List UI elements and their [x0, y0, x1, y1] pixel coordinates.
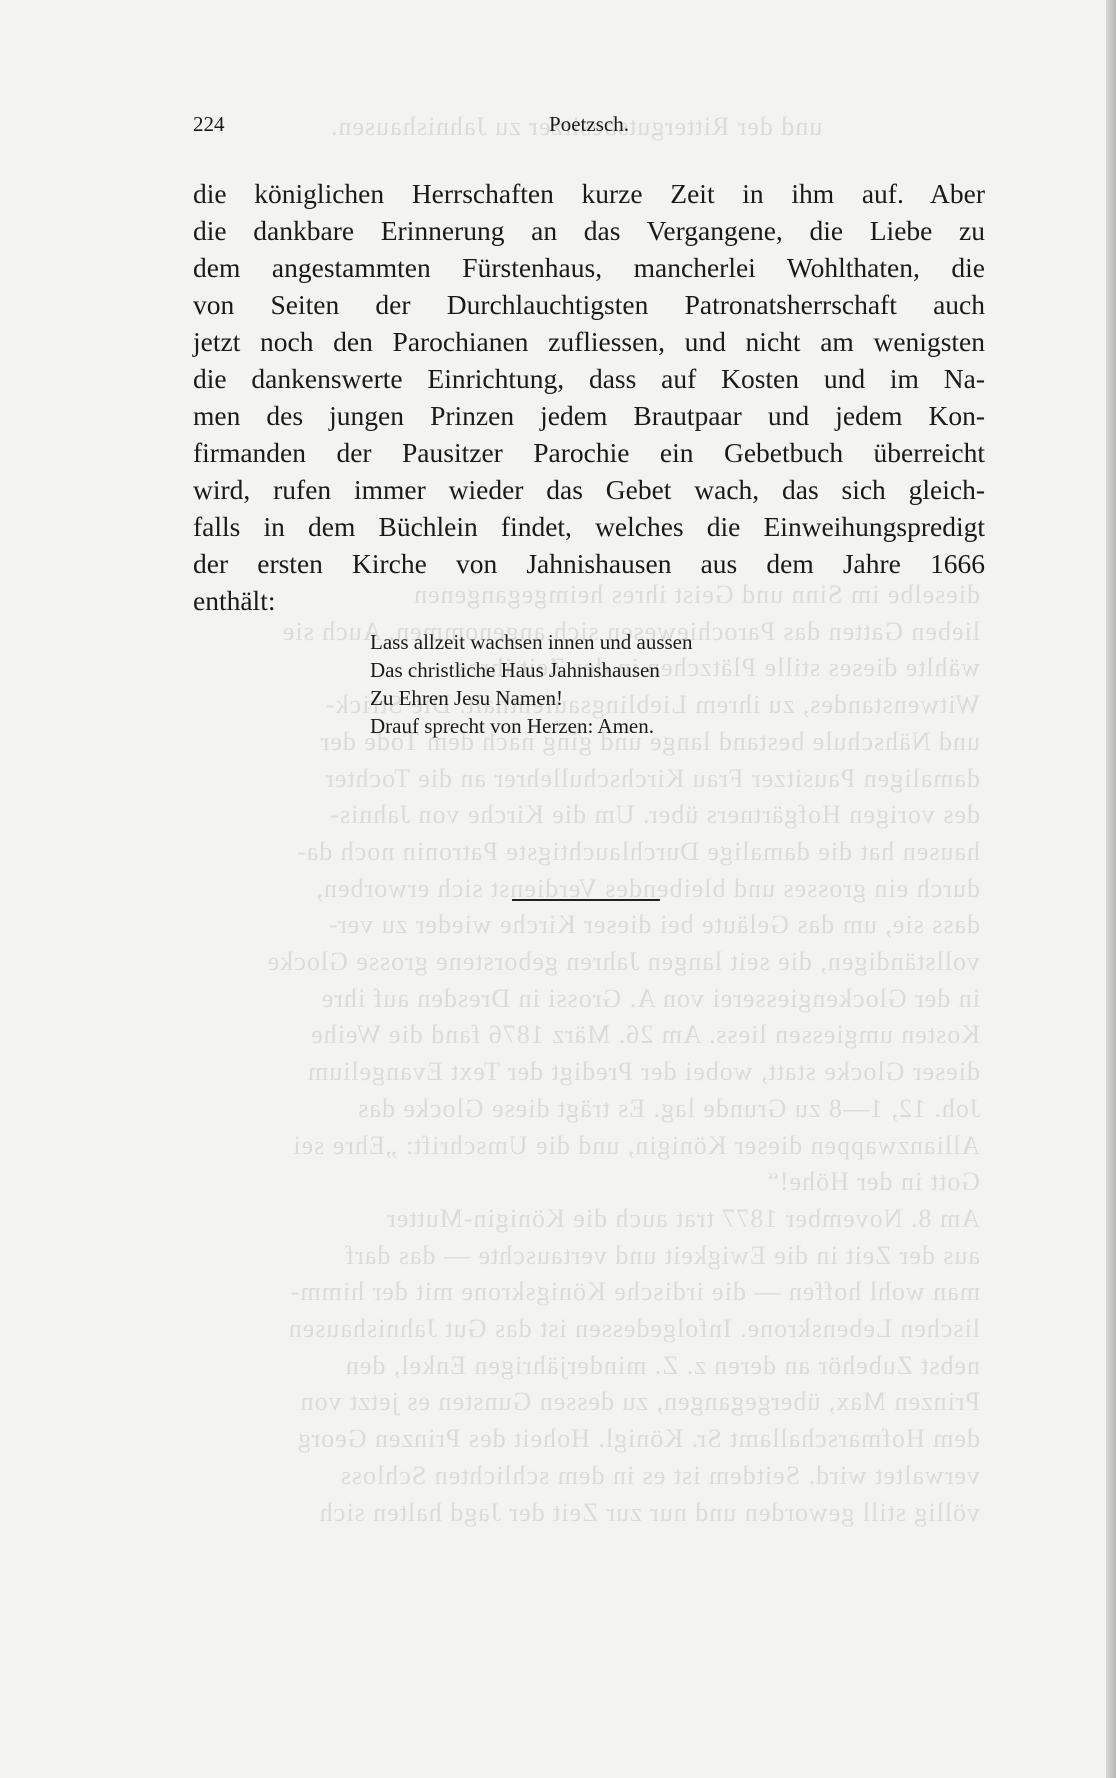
show-through-line: in der Glockengiesserei von A. Grossi in…	[210, 984, 980, 1014]
poem-line: Lass allzeit wachsen innen und aussen	[370, 628, 693, 656]
body-line: die dankbare Erinnerung an das Vergangen…	[193, 212, 985, 249]
show-through-line: Gott in der Höhe!“	[210, 1167, 980, 1197]
body-line: firmanden der Pausitzer Parochie ein Geb…	[193, 434, 985, 471]
show-through-line: Prinzen Max, übergegangen, zu dessen Gun…	[210, 1387, 980, 1417]
show-through-line: dass sie, um das Geläute bei dieser Kirc…	[210, 910, 980, 940]
page-edge-shadow	[1106, 0, 1116, 1778]
poem-line: Drauf sprecht von Herzen: Amen.	[370, 712, 693, 740]
show-through-line: Joh. 12, 1—8 zu Grunde lag. Es trägt die…	[210, 1094, 980, 1124]
body-line: von Seiten der Durchlauchtigsten Patrona…	[193, 286, 985, 323]
show-through-line: verwaltet wird. Seitdem ist es in dem sc…	[210, 1461, 980, 1491]
body-line: wird, rufen immer wieder das Gebet wach,…	[193, 471, 985, 508]
show-through-line: dem Hofmarschallamt Sr. Königl. Hoheit d…	[210, 1424, 980, 1454]
show-through-line: dieser Glocke statt, wobei der Predigt d…	[210, 1057, 980, 1087]
show-through-line: Allianzwappen dieser Königin, und die Um…	[210, 1131, 980, 1161]
show-through-line: Am 8. November 1877 trat auch die Königi…	[210, 1204, 980, 1234]
body-line: enthält:	[193, 582, 985, 619]
poem-quote: Lass allzeit wachsen innen und aussen Da…	[370, 628, 693, 740]
show-through-line: hausen hat die damalige Durchlauchtigste…	[210, 837, 980, 867]
running-head: Poetzsch.	[193, 112, 985, 137]
show-through-line: man wohl hoffen — die irdische Königskro…	[210, 1277, 980, 1307]
body-line: men des jungen Prinzen jedem Brautpaar u…	[193, 397, 985, 434]
section-end-rule	[512, 899, 660, 901]
show-through-line: des vorigen Hofgärtners über. Um die Kir…	[210, 800, 980, 830]
show-through-line: vollständigen, die seit langen Jahren ge…	[210, 947, 980, 977]
body-line: dem angestammten Fürstenhaus, mancherlei…	[193, 249, 985, 286]
show-through-line: lischen Lebenskrone. Infolgedessen ist d…	[210, 1314, 980, 1344]
show-through-line: damaligen Pausitzer Frau Kirchschullehre…	[210, 764, 980, 794]
show-through-line: Kosten umgiessen liess. Am 26. März 1876…	[210, 1020, 980, 1050]
poem-line: Das christliche Haus Jahnishausen	[370, 656, 693, 684]
body-line: jetzt noch den Parochianen zufliessen, u…	[193, 323, 985, 360]
body-line: falls in dem Büchlein findet, welches di…	[193, 508, 985, 545]
body-line: der ersten Kirche von Jahnishausen aus d…	[193, 545, 985, 582]
body-paragraph: die königlichen Herrschaften kurze Zeit …	[193, 175, 985, 619]
body-line: die dankenswerte Einrichtung, dass auf K…	[193, 360, 985, 397]
show-through-line: aus der Zeit in die Ewigkeit und vertaus…	[210, 1241, 980, 1271]
page-header: 224 Poetzsch.	[193, 112, 985, 146]
body-line: die königlichen Herrschaften kurze Zeit …	[193, 175, 985, 212]
show-through-line: völlig still geworden und nur zur Zeit d…	[210, 1498, 980, 1528]
poem-line: Zu Ehren Jesu Namen!	[370, 684, 693, 712]
show-through-line: nebst Zubehör an deren z. Z. minderjähri…	[210, 1351, 980, 1381]
